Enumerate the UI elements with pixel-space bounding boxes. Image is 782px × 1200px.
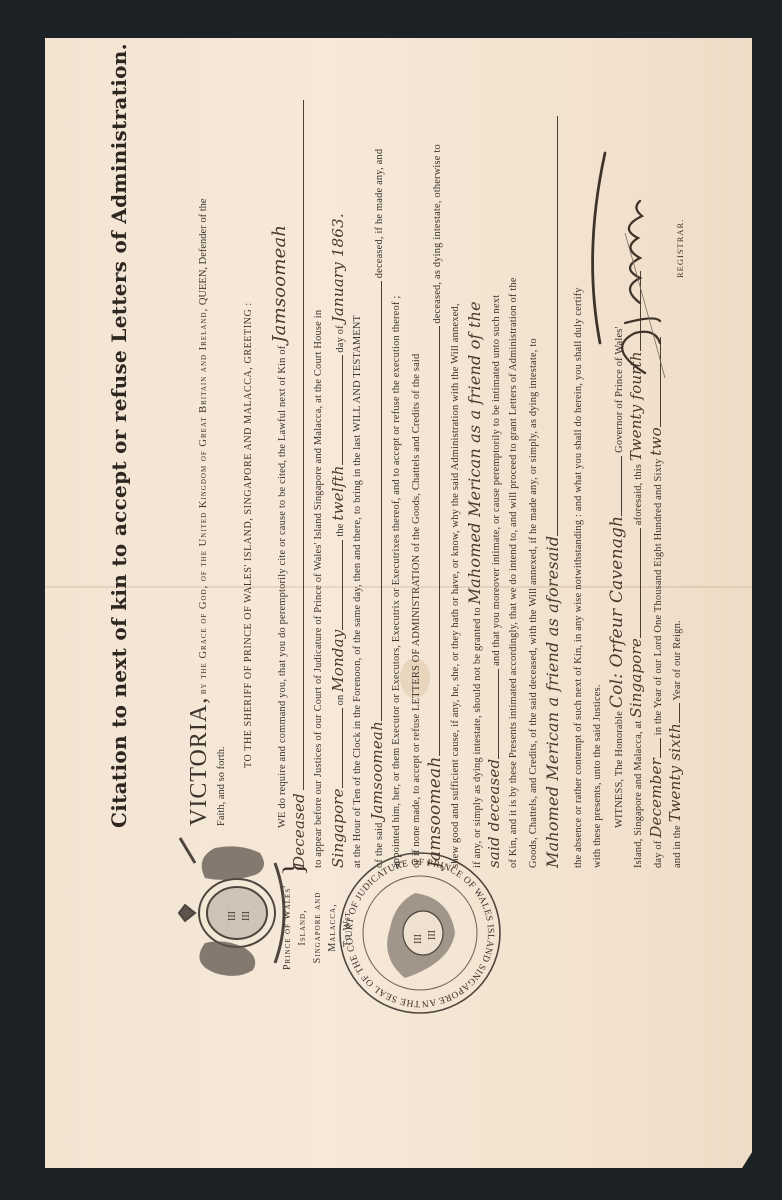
handwritten-month-year: January 1863.: [329, 213, 347, 322]
printed-text: on: [335, 695, 346, 706]
handwritten-place: Singapore: [627, 638, 645, 718]
body-line-7: appointed him, her, or them Executor or …: [387, 83, 407, 868]
handwritten-next-of-kin: Jamsoomeah: [269, 225, 290, 343]
registrar-signature-icon: [585, 143, 685, 383]
document-page: Citation to next of kin to accept or ref…: [45, 38, 752, 1168]
address-line: TO THE SHERIFF OF PRINCE OF WALES' ISLAN…: [243, 302, 254, 768]
body-line-12: said deceased and that you moreover inti…: [485, 83, 505, 868]
blank-line: [660, 738, 661, 758]
body-line-3: to appear before our Justices of our Cou…: [309, 83, 329, 868]
body-line-2: Deceased: [290, 83, 310, 868]
printed-text: WE do require and command you, that you …: [277, 346, 288, 828]
printed-text: appointed him, her, or them Executor or …: [391, 296, 402, 868]
handwritten-weekday: Monday: [329, 630, 347, 692]
printed-text: Goods, Chattels, and Credits, of the sai…: [528, 338, 539, 868]
printed-text: and in the: [672, 825, 683, 868]
rotated-document-content: Citation to next of kin to accept or ref…: [45, 38, 752, 1168]
body-line-15: Mahomed Merican a friend as aforesaid: [543, 83, 563, 868]
handwritten-reign-year: Twenty sixth: [666, 723, 684, 822]
body-line-4: Singapore on Monday the twelfth day of J…: [329, 83, 349, 868]
blank-line: [342, 708, 343, 788]
handwritten-administrator-repeat: Mahomed Merican a friend as aforesaid: [543, 536, 562, 868]
preamble: VICTORIA, by the Grace of God, of the Un…: [190, 106, 231, 826]
printed-text: shew good and sufficient cause, if any, …: [450, 303, 461, 868]
body-line-9: Jamsoomeah deceased, as dying intestate,…: [426, 83, 446, 868]
royal-style-queen: QUEEN,: [198, 267, 209, 305]
document-title: Citation to next of kin to accept or ref…: [107, 43, 131, 828]
printed-text: with these presents, unto the said Justi…: [592, 684, 603, 868]
royal-style-2: Defender of the: [198, 198, 209, 264]
printed-text: at the Hour of Ten of the Clock in the F…: [352, 315, 363, 868]
handwritten-deceased-name: Jamsoomeah: [368, 721, 386, 820]
handwritten-year: two: [647, 427, 665, 456]
blank-line: [381, 281, 382, 721]
printed-text: if any, or simply as dying intestate, sh…: [472, 607, 483, 868]
body-line-11: if any, or simply as dying intestate, sh…: [465, 83, 485, 868]
registrar-title: REGISTRAR.: [675, 219, 685, 278]
blank-line: [342, 540, 343, 630]
handwritten-administrator: Mahomed Merican as a friend of the: [465, 301, 484, 604]
blank-line: [557, 116, 558, 536]
svg-text:III: III: [413, 934, 424, 944]
printed-text: of Kin, and it is by these Presents inti…: [508, 277, 519, 868]
printed-text: the: [335, 523, 346, 536]
blank-line: [303, 100, 304, 790]
blank-line: [498, 669, 499, 759]
printed-text: and that you moreover intimate, or cause…: [491, 295, 502, 666]
printed-text: day of: [653, 841, 664, 868]
handwritten-month: December: [647, 758, 665, 838]
printed-text: deceased, as dying intestate, otherwise …: [432, 144, 443, 324]
jurisdiction-line-1: Prince of Wales' Island,: [280, 870, 310, 985]
body-line-5: at the Hour of Ten of the Clock in the F…: [348, 83, 368, 868]
printed-text: Year of our Reign.: [672, 620, 683, 700]
body-line-10: shew good and sufficient cause, if any, …: [446, 83, 466, 868]
body-line-6: of the said Jamsoomeah deceased, if he m…: [368, 83, 388, 868]
handwritten-deceased: Deceased: [290, 793, 308, 868]
body-line-13: of Kin, and it is by these Presents inti…: [504, 83, 524, 868]
royal-style-1: by the Grace of God, of the United Kingd…: [198, 308, 209, 694]
blank-line: [640, 528, 641, 638]
blank-line: [621, 456, 622, 516]
witness-label: WITNESS, The Honorable: [614, 711, 625, 828]
court-seal-icon: THE SEAL OF THE COURT OF JUDICATURE OF P…: [335, 848, 505, 1018]
printed-text: the absence or rather contempt of such n…: [573, 287, 584, 868]
svg-text:III: III: [241, 911, 252, 921]
svg-text:III: III: [227, 911, 238, 921]
printed-text: Island, Singapore and Malacca, at: [633, 721, 644, 868]
body-line-8: or if none made, to accept or refuse LET…: [407, 83, 427, 868]
printed-text: day of: [335, 325, 346, 352]
printed-text: or if none made, to accept or refuse LET…: [411, 354, 422, 868]
body-line-1: WE do require and command you, that you …: [270, 83, 290, 868]
royal-style-3: Faith, and so forth.: [216, 746, 227, 826]
svg-text:III: III: [427, 930, 438, 940]
printed-text: deceased, if he made any, and: [374, 149, 385, 278]
handwritten-day: twelfth: [329, 465, 347, 520]
printed-text: aforesaid, this: [633, 464, 644, 525]
blank-line: [679, 703, 680, 723]
sovereign-name: VICTORIA,: [186, 697, 212, 826]
printed-text: to appear before our Justices of our Cou…: [313, 310, 324, 868]
printed-text: in the Year of our Lord One Thousand Eig…: [653, 459, 664, 736]
blank-line: [342, 355, 343, 465]
body-line-14: Goods, Chattels, and Credits, of the sai…: [524, 83, 544, 868]
blank-line: [439, 326, 440, 756]
handwritten-governor-name: Col: Orfeur Cavenagh: [607, 516, 627, 708]
